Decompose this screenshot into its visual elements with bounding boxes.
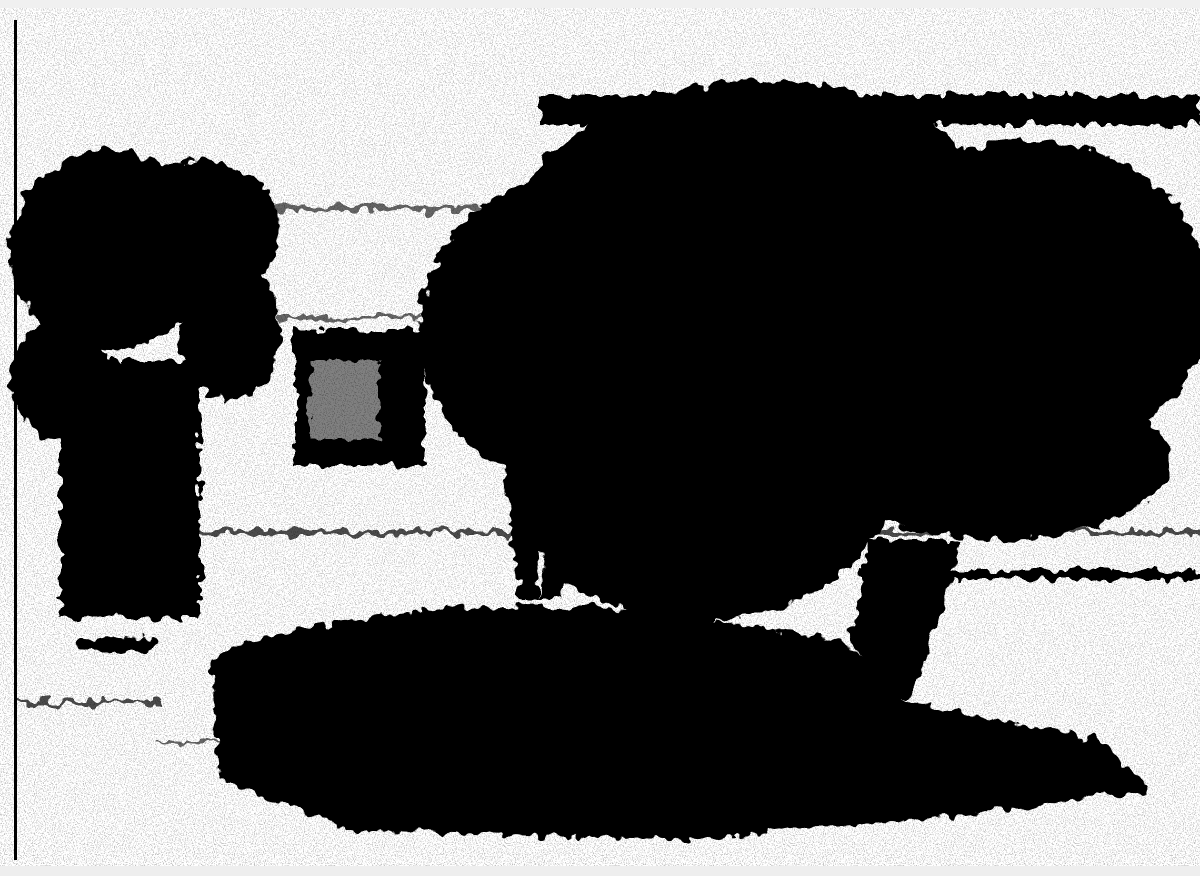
bottom-margin (0, 866, 1200, 876)
photo-canvas (0, 8, 1200, 866)
halftone-noise (0, 8, 1200, 866)
top-margin (0, 0, 1200, 8)
photo: High-contrast black-and-white photocopy … (0, 8, 1200, 866)
